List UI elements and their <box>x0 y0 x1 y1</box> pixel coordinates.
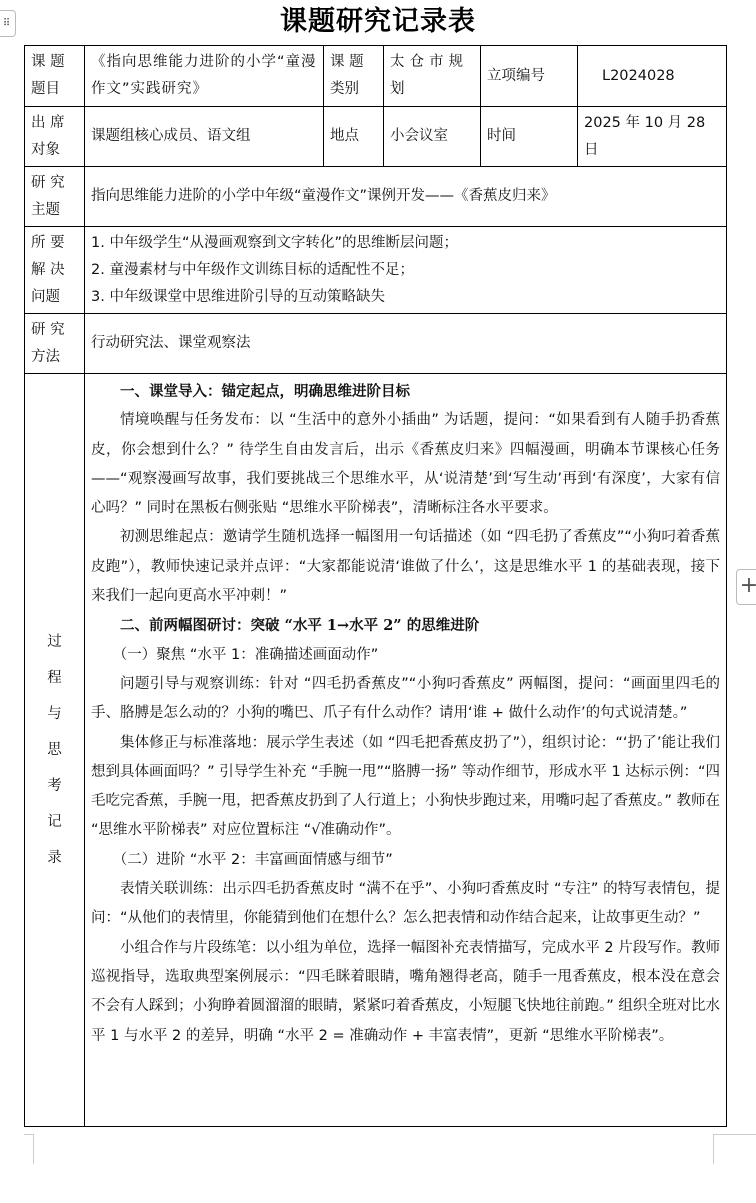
problem-item: 2. 童漫素材与中年级作文训练目标的适配性不足； <box>91 257 720 284</box>
paragraph: 情境唤醒与任务发布：以 “生活中的意外小插曲” 为话题，提问：“如果看到有人随手… <box>91 406 720 523</box>
attendees-label-line1: 出 席 <box>31 110 78 137</box>
method-label-cell[interactable]: 研 究 方法 <box>25 314 85 374</box>
process-label-char: 考 <box>31 768 78 804</box>
page-margin-corner-right-vertical <box>713 1134 714 1164</box>
method-value: 行动研究法、课堂观察法 <box>91 335 251 351</box>
row-topic: 课 题 题目 《指向思维能力进阶的小学“童漫作文”实践研究》 课 题 类别 太仓… <box>25 46 727 107</box>
process-label-char: 过 <box>31 624 78 660</box>
location-value: 小会议室 <box>390 128 448 144</box>
project-no-value: L2024028 <box>602 68 675 84</box>
document-title: 课题研究记录表 <box>0 2 756 42</box>
row-theme: 研 究 主题 指向思维能力进阶的小学中年级“童漫作文”课例开发——《香蕉皮归来》 <box>25 167 727 227</box>
paragraph: 初测思维起点：邀请学生随机选择一幅图用一句话描述（如 “四毛扔了香蕉皮”“小狗叼… <box>91 523 720 611</box>
paragraph: 小组合作与片段练笔：以小组为单位，选择一幅图补充表情描写，完成水平 2 片段写作… <box>91 934 720 1051</box>
theme-value: 指向思维能力进阶的小学中年级“童漫作文”课例开发——《香蕉皮归来》 <box>91 188 556 204</box>
section-heading-2: 二、前两幅图研讨：突破 “水平 1→水平 2” 的思维进阶 <box>91 611 720 640</box>
theme-label-line1: 研 究 <box>31 170 78 197</box>
topic-label-line2: 题目 <box>31 76 78 103</box>
time-label-cell[interactable]: 时间 <box>481 107 578 167</box>
problems-value-cell[interactable]: 1. 中年级学生“从漫画观察到文字转化”的思维断层问题； 2. 童漫素材与中年级… <box>85 227 727 314</box>
topic-value: 《指向思维能力进阶的小学“童漫作文”实践研究》 <box>91 54 317 97</box>
subheading-1: （一）聚焦 “水平 1：准确描述画面动作” <box>91 641 720 670</box>
process-label-char: 记 <box>31 804 78 840</box>
theme-value-cell[interactable]: 指向思维能力进阶的小学中年级“童漫作文”课例开发——《香蕉皮归来》 <box>85 167 727 227</box>
method-value-cell[interactable]: 行动研究法、课堂观察法 <box>85 314 727 374</box>
row-method: 研 究 方法 行动研究法、课堂观察法 <box>25 314 727 374</box>
topic-value-cell[interactable]: 《指向思维能力进阶的小学“童漫作文”实践研究》 <box>85 46 324 107</box>
category-value: 太仓市规划 <box>390 54 468 97</box>
problem-item: 1. 中年级学生“从漫画观察到文字转化”的思维断层问题； <box>91 230 720 257</box>
topic-label-line1: 课 题 <box>31 49 78 76</box>
category-label-line1: 课 题 <box>330 49 377 76</box>
page-margin-corner-left-vertical <box>33 1134 34 1164</box>
process-label-char: 程 <box>31 660 78 696</box>
project-no-label: 立项编号 <box>487 68 545 84</box>
process-record-cell[interactable]: 一、课堂导入：锚定起点，明确思维进阶目标 情境唤醒与任务发布：以 “生活中的意外… <box>85 374 727 1127</box>
topic-label-cell[interactable]: 课 题 题目 <box>25 46 85 107</box>
research-record-table: 课 题 题目 《指向思维能力进阶的小学“童漫作文”实践研究》 课 题 类别 太仓… <box>24 45 727 1127</box>
location-value-cell[interactable]: 小会议室 <box>384 107 481 167</box>
problem-item: 3. 中年级课堂中思维进阶引导的互动策略缺失 <box>91 284 720 311</box>
problems-label-cell[interactable]: 所 要 解 决 问题 <box>25 227 85 314</box>
process-label-char: 录 <box>31 840 78 876</box>
project-no-value-cell[interactable]: L2024028 <box>578 46 727 107</box>
paragraph: 问题引导与观察训练：针对 “四毛扔香蕉皮”“小狗叼香蕉皮” 两幅图，提问：“画面… <box>91 670 720 729</box>
section-heading-1: 一、课堂导入：锚定起点，明确思维进阶目标 <box>91 377 720 406</box>
problems-label-line1: 所 要 <box>31 230 78 257</box>
category-label-cell[interactable]: 课 题 类别 <box>324 46 384 107</box>
attendees-value-cell[interactable]: 课题组核心成员、语文组 <box>85 107 324 167</box>
problems-label-line3: 问题 <box>31 284 78 311</box>
theme-label-cell[interactable]: 研 究 主题 <box>25 167 85 227</box>
process-label-char: 思 <box>31 732 78 768</box>
category-value-cell[interactable]: 太仓市规划 <box>384 46 481 107</box>
method-label-line2: 方法 <box>31 344 78 371</box>
process-label-cell[interactable]: 过 程 与 思 考 记 录 <box>25 374 85 1127</box>
attendees-label-cell[interactable]: 出 席 对象 <box>25 107 85 167</box>
row-process-record: 过 程 与 思 考 记 录 一、课堂导入：锚定起点，明确思维进阶目标 情境唤醒与… <box>25 374 727 1127</box>
time-value-cell[interactable]: 2025 年 10 月 28 日 <box>578 107 727 167</box>
add-row-button[interactable]: + <box>736 569 756 605</box>
method-label-line1: 研 究 <box>31 317 78 344</box>
paragraph: 集体修正与标准落地：展示学生表述（如 “四毛把香蕉皮扔了”），组织讨论：“‘扔了… <box>91 729 720 846</box>
row-problems: 所 要 解 决 问题 1. 中年级学生“从漫画观察到文字转化”的思维断层问题； … <box>25 227 727 314</box>
process-label-char: 与 <box>31 696 78 732</box>
attendees-value: 课题组核心成员、语文组 <box>91 128 251 144</box>
row-attendees: 出 席 对象 课题组核心成员、语文组 地点 小会议室 时间 2025 年 10 … <box>25 107 727 167</box>
plus-icon: + <box>740 573 756 598</box>
paragraph: 表情关联训练：出示四毛扔香蕉皮时 “满不在乎”、小狗叼香蕉皮时 “专注” 的特写… <box>91 875 720 934</box>
location-label-cell[interactable]: 地点 <box>324 107 384 167</box>
theme-label-line2: 主题 <box>31 197 78 224</box>
location-label: 地点 <box>330 128 359 144</box>
category-label-line2: 类别 <box>330 76 377 103</box>
attendees-label-line2: 对象 <box>31 137 78 164</box>
problems-label-line2: 解 决 <box>31 257 78 284</box>
time-label: 时间 <box>487 128 516 144</box>
time-value: 2025 年 10 月 28 日 <box>584 115 705 158</box>
subheading-2: （二）进阶 “水平 2：丰富画面情感与细节” <box>91 846 720 875</box>
project-no-label-cell[interactable]: 立项编号 <box>481 46 578 107</box>
page-margin-corner-right <box>713 1134 756 1135</box>
